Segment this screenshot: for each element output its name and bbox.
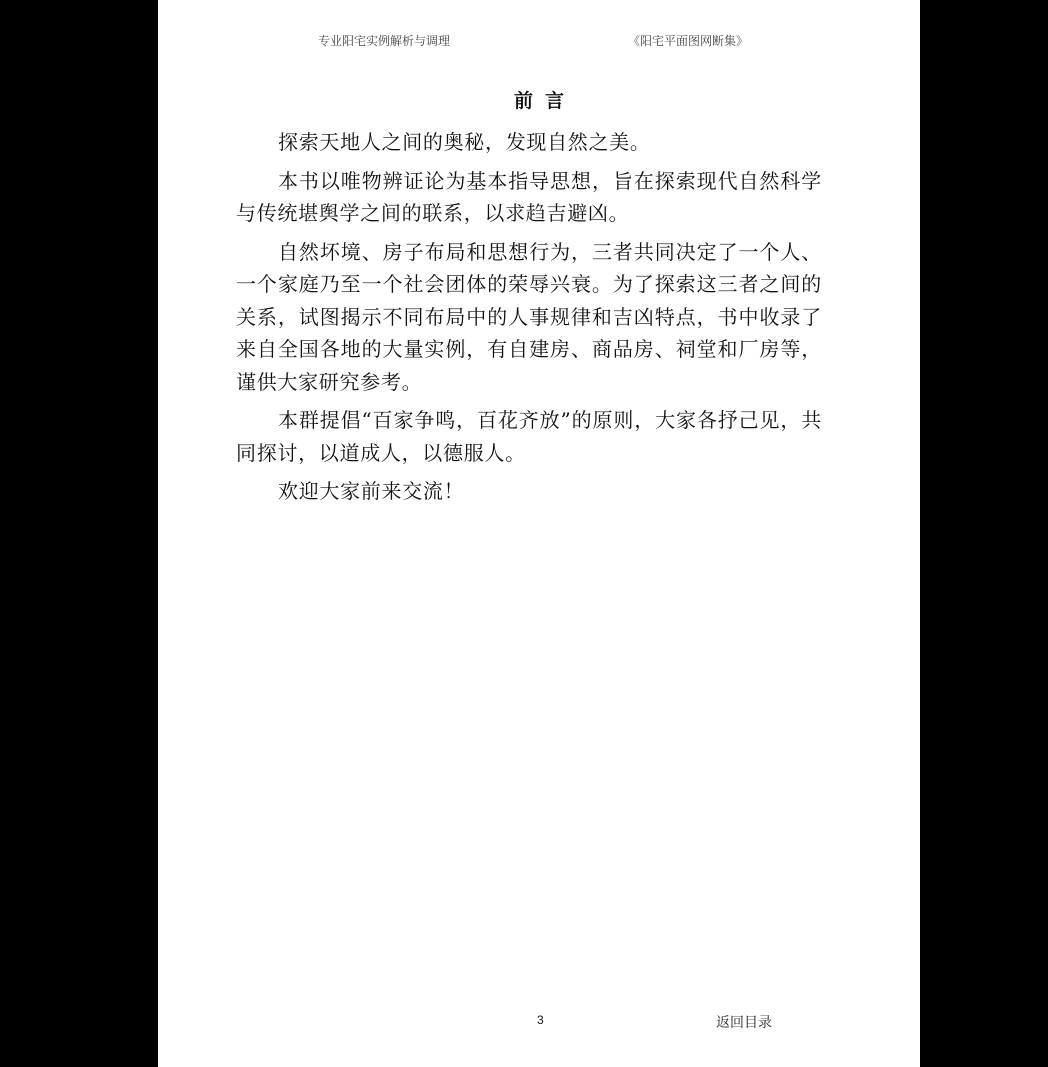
preface-body: 探索天地人之间的奥秘，发现自然之美。 本书以唯物辨证论为基本指导思想，旨在探索现…	[236, 126, 822, 514]
back-to-toc-link[interactable]: 返回目录	[716, 1012, 772, 1032]
paragraph: 本书以唯物辨证论为基本指导思想，旨在探索现代自然科学与传统堪舆学之间的联系，以求…	[236, 165, 822, 230]
paragraph: 自然坏境、房子布局和思想行为，三者共同决定了一个人、一个家庭乃至一个社会团体的荣…	[236, 236, 822, 399]
running-header-right: 《阳宅平面图网断集》	[628, 32, 748, 49]
page-title: 前言	[158, 86, 926, 113]
paragraph: 欢迎大家前来交流！	[236, 475, 822, 508]
document-page: 专业阳宅实例解析与调理 《阳宅平面图网断集》 前言 探索天地人之间的奥秘，发现自…	[158, 0, 920, 1067]
paragraph: 探索天地人之间的奥秘，发现自然之美。	[236, 126, 822, 159]
running-header-left: 专业阳宅实例解析与调理	[318, 32, 450, 49]
page-number: 3	[537, 1013, 544, 1027]
paragraph: 本群提倡“百家争鸣，百花齐放”的原则，大家各抒己见，共同探讨，以道成人，以德服人…	[236, 404, 822, 469]
